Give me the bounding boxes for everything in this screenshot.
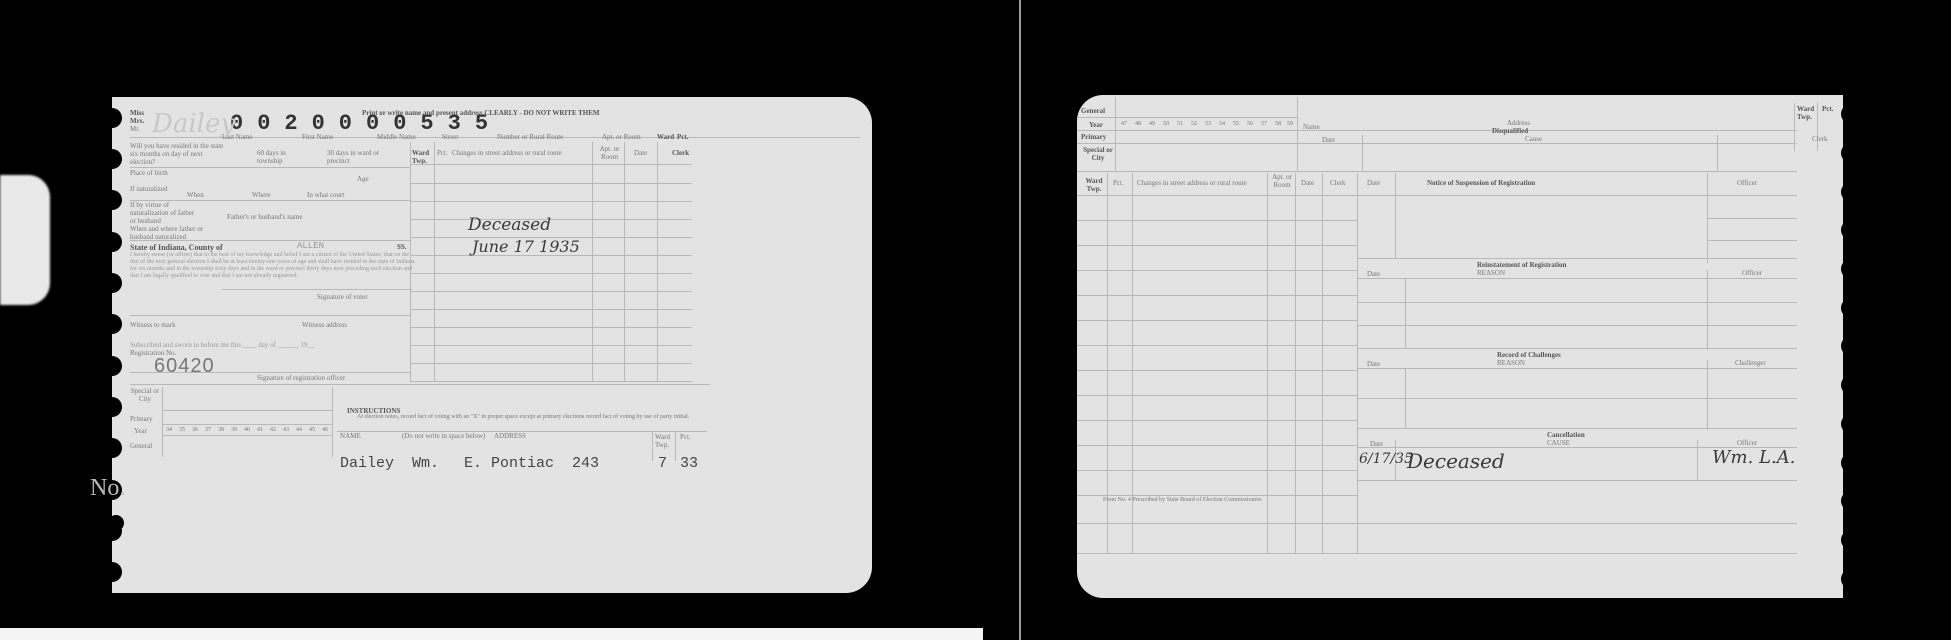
frame-divider — [1019, 0, 1021, 640]
salutation-mrs: Mrs. — [130, 117, 144, 125]
label-ward: Ward — [657, 133, 674, 141]
film-edge-strip — [0, 628, 983, 640]
virtue-label: If by virtue of naturalization of father… — [130, 201, 200, 225]
where-label: Where — [252, 191, 271, 199]
year-cell: 59 — [1283, 121, 1297, 127]
when-where-father: When and where father or husband natural… — [130, 225, 210, 241]
signature-officer-label: Signature of registration officer — [257, 374, 345, 382]
oath-text: I hereby swear (or affirm) that to the b… — [130, 252, 415, 280]
footer-pct: Pct. — [680, 433, 691, 441]
disq-cause-label: Cause — [1525, 135, 1542, 143]
year-cell: 36 — [188, 427, 202, 433]
label-pct: Pct. — [677, 133, 688, 141]
col-clerk: Clerk — [672, 149, 689, 157]
cancellation-officer-label: Officer — [1737, 439, 1757, 447]
cancellation-cause-label: CAUSE — [1547, 439, 1570, 447]
cancellation-entry-officer: Wm. L.A. — [1712, 447, 1795, 468]
challenges-reason-label: REASON — [1497, 359, 1525, 367]
year-cell: 45 — [305, 427, 319, 433]
col-date: Date — [634, 149, 647, 157]
film-light-artifact — [0, 175, 50, 305]
address-label: Address — [1507, 119, 1530, 127]
county-value: ALLEN — [297, 241, 324, 251]
year-cell: 57 — [1257, 121, 1271, 127]
name-label: Name — [1303, 123, 1320, 131]
court-label: In what court — [307, 191, 344, 199]
when-label: When — [187, 191, 204, 199]
header-instruction: Print or write name and present address … — [362, 109, 600, 117]
registration-card-back: General Year Primary Special or City 47 … — [1077, 95, 1843, 598]
typed-street: E. Pontiac — [464, 455, 554, 472]
punch-hole — [108, 515, 124, 531]
year-cell: 39 — [227, 427, 241, 433]
year-cell: 34 — [162, 427, 176, 433]
col-apt: Apt. or Room — [597, 145, 622, 161]
year-cell: 44 — [292, 427, 306, 433]
disqualified-title: Disqualified — [1492, 127, 1528, 135]
grid-row-primary: Primary — [130, 415, 153, 423]
label-last-name: Last Name — [222, 133, 253, 141]
year-cell: 38 — [214, 427, 228, 433]
challenges-title: Record of Challenges — [1497, 351, 1561, 359]
grid-row-special: Special or City — [1083, 146, 1113, 162]
naturalized-label: If naturalized — [130, 185, 168, 193]
salutation-miss: Miss — [130, 109, 144, 117]
year-cell: 42 — [266, 427, 280, 433]
residence-question: Will you have resided in the state six m… — [130, 142, 225, 166]
witness-mark-label: Witness to mark — [130, 321, 176, 329]
year-cell: 37 — [201, 427, 215, 433]
year-cell: 41 — [253, 427, 267, 433]
year-cell: 47 — [1117, 121, 1131, 127]
grid-row-year: Year — [134, 427, 147, 435]
grid-row-special: Special or City — [130, 387, 160, 403]
typed-house-number: 243 — [572, 455, 599, 472]
days-township: 60 days in township — [257, 149, 307, 165]
cancellation-entry-cause: Deceased — [1407, 449, 1505, 473]
handwritten-deceased: Deceased — [468, 215, 551, 235]
age-label: Age — [357, 175, 369, 183]
year-cell: 56 — [1243, 121, 1257, 127]
reinstatement-officer-label: Officer — [1742, 269, 1762, 277]
col-changes: Changes in street address or rural route — [452, 149, 562, 157]
typed-first-name: Wm. — [412, 455, 439, 472]
disq-date-label: Date — [1322, 136, 1335, 144]
year-cell: 51 — [1173, 121, 1187, 127]
label-middle-name: Middle Name — [377, 133, 416, 141]
days-ward: 30 days in ward or precinct — [327, 149, 397, 165]
instructions-text: At election notes, record fact of voting… — [357, 414, 697, 421]
label-street: Street — [442, 133, 458, 141]
grid-row-general: General — [1081, 107, 1105, 115]
label-number: Number or Rural Route — [497, 133, 563, 141]
state-line: State of Indiana, County of — [130, 243, 223, 252]
signature-voter-label: Signature of voter — [317, 293, 368, 301]
col-clerk: Clerk — [1330, 179, 1346, 187]
pct-label: Pct. — [1822, 105, 1833, 113]
fathers-name-label: Father's or husband's name — [227, 213, 302, 221]
footer-address-label: ADDRESS — [494, 432, 526, 440]
disq-clerk-label: Clerk — [1812, 135, 1828, 143]
grid-row-primary: Primary — [1081, 133, 1106, 141]
reinstatement-date-label: Date — [1367, 270, 1380, 278]
salutation-mr: Mr. — [130, 125, 140, 133]
year-cell: 46 — [318, 427, 332, 433]
footer-do-not-write: (Do not write in space below) — [402, 432, 485, 440]
col-pct: Pct. — [437, 149, 448, 157]
grid-row-general: General — [130, 442, 152, 450]
col-ward-twp: Ward Twp. — [412, 149, 432, 165]
subscribed-sworn: Subscribed and sworn to before me this _… — [130, 341, 315, 349]
reinstatement-reason-label: REASON — [1477, 269, 1505, 277]
col-apt: Apt. or Room — [1270, 173, 1294, 189]
typed-precinct: 33 — [680, 455, 698, 472]
number-prefix: No. — [90, 475, 125, 502]
handwritten-death-date: June 17 1935 — [472, 237, 580, 256]
col-changes: Changes in street address or rural route — [1137, 179, 1247, 187]
cancellation-entry-date: 6/17/35 — [1359, 451, 1413, 467]
col-ward-twp: Ward Twp. — [1083, 177, 1105, 193]
typed-last-name: Dailey — [340, 455, 394, 472]
challenges-challenger-label: Challenger — [1735, 359, 1766, 367]
form-footer: Form No. 4 Prescribed by State Board of … — [1103, 497, 1262, 504]
ss-label: SS. — [397, 243, 407, 251]
witness-address-label: Witness address — [302, 321, 347, 329]
registration-card-front: 0020000535 Print or write name and prese… — [112, 97, 872, 593]
col-date: Date — [1301, 179, 1314, 187]
year-cell: 52 — [1187, 121, 1201, 127]
year-cell: 54 — [1215, 121, 1229, 127]
year-cell: 43 — [279, 427, 293, 433]
label-first-name: First Name — [302, 133, 333, 141]
challenges-date-label: Date — [1367, 360, 1380, 368]
year-cell: 50 — [1159, 121, 1173, 127]
suspension-title: Notice of Suspension of Registration — [1427, 179, 1535, 187]
year-cell: 53 — [1201, 121, 1215, 127]
cancellation-title: Cancellation — [1547, 431, 1585, 439]
col-pct: Pct. — [1113, 179, 1124, 187]
footer-ward-twp: Ward Twp. — [655, 433, 673, 449]
year-cell: 40 — [240, 427, 254, 433]
label-apt: Apt. or Room — [602, 133, 641, 141]
year-cell: 48 — [1131, 121, 1145, 127]
suspension-date-label: Date — [1367, 179, 1380, 187]
registration-number: 60420 — [154, 355, 215, 378]
year-cell: 55 — [1229, 121, 1243, 127]
year-cell: 35 — [175, 427, 189, 433]
footer-name-label: NAME — [340, 432, 361, 440]
reinstatement-title: Reinstatement of Registration — [1477, 261, 1566, 269]
ward-twp-label: Ward Twp. — [1797, 105, 1817, 121]
scalloped-edge — [1841, 95, 1853, 598]
grid-row-year: Year — [1089, 121, 1103, 129]
typed-ward: 7 — [658, 455, 667, 472]
suspension-officer-label: Officer — [1737, 179, 1757, 187]
year-cell: 49 — [1145, 121, 1159, 127]
place-of-birth: Place of birth — [130, 169, 168, 177]
